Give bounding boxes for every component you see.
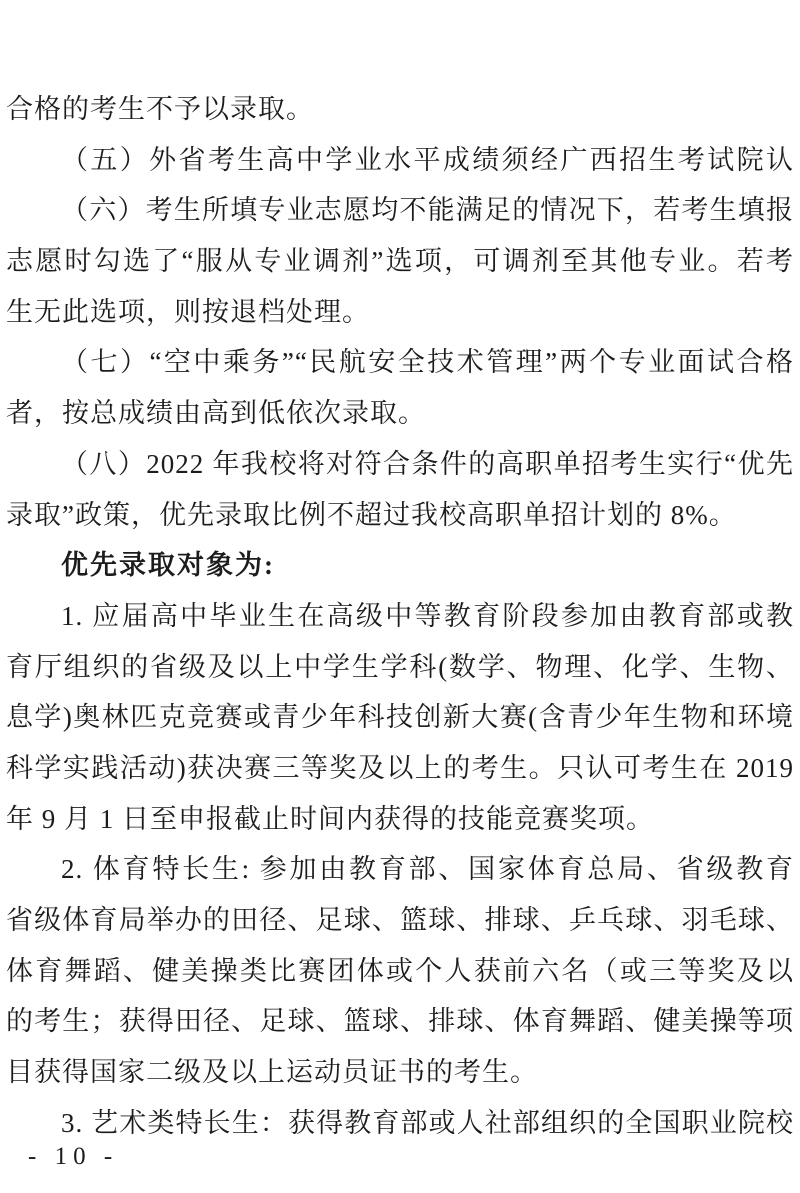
text-line: 合格的考生不予以录取。 — [6, 84, 794, 135]
text-line: 录取”政策，优先录取比例不超过我校高职单招计划的 8%。 — [6, 490, 794, 541]
text-line: 2. 体育特长生: 参加由教育部、国家体育总局、省级教育厅、 — [6, 844, 794, 895]
text-line: （六）考生所填专业志愿均不能满足的情况下，若考生填报 — [6, 185, 794, 236]
text-line: 目获得国家二级及以上运动员证书的考生。 — [6, 1047, 794, 1098]
page-number: - 10 - — [28, 1143, 118, 1171]
section-heading: 优先录取对象为: — [6, 540, 794, 591]
text-line: 志愿时勾选了“服从专业调剂”选项，可调剂至其他专业。若考 — [6, 236, 794, 287]
text-line: 3. 艺术类特长生：获得教育部或人社部组织的全国职业院校 — [6, 1098, 794, 1149]
text-line: （五）外省考生高中学业水平成绩须经广西招生考试院认定。 — [6, 135, 794, 186]
text-line: 生无此选项，则按退档处理。 — [6, 287, 794, 338]
text-line: 科学实践活动)获决赛三等奖及以上的考生。只认可考生在 2019 — [6, 743, 794, 794]
document-page: 合格的考生不予以录取。 （五）外省考生高中学业水平成绩须经广西招生考试院认定。 … — [0, 0, 800, 1193]
text-line: （八）2022 年我校将对符合条件的高职单招考生实行“优先 — [6, 439, 794, 490]
text-line: 1. 应届高中毕业生在高级中等教育阶段参加由教育部或教 — [6, 591, 794, 642]
text-line: 息学)奥林匹克竞赛或青少年科技创新大赛(含青少年生物和环境 — [6, 692, 794, 743]
text-line: 的考生；获得田径、足球、篮球、排球、体育舞蹈、健美操等项 — [6, 996, 794, 1047]
text-line: 育厅组织的省级及以上中学生学科(数学、物理、化学、生物、信 — [6, 642, 794, 693]
text-line: 年 9 月 1 日至申报截止时间内获得的技能竞赛奖项。 — [6, 794, 794, 845]
text-line: 省级体育局举办的田径、足球、篮球、排球、乒乓球、羽毛球、 — [6, 895, 794, 946]
text-line: 体育舞蹈、健美操类比赛团体或个人获前六名（或三等奖及以上） — [6, 946, 794, 997]
text-line: （七）“空中乘务”“民航安全技术管理”两个专业面试合格 — [6, 337, 794, 388]
document-body: 合格的考生不予以录取。 （五）外省考生高中学业水平成绩须经广西招生考试院认定。 … — [6, 84, 794, 1148]
text-line: 者，按总成绩由高到低依次录取。 — [6, 388, 794, 439]
